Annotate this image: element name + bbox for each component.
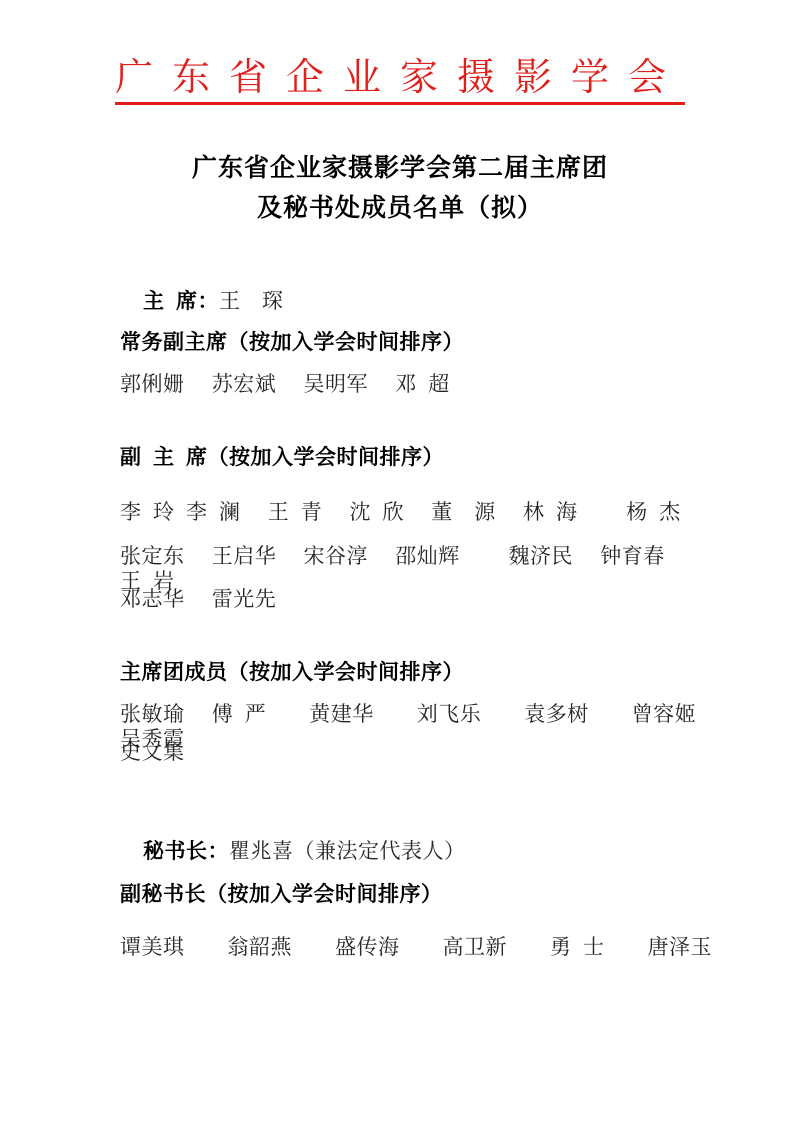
document-title-line2: 及秘书处成员名单（拟） (0, 189, 800, 229)
presidium-members-row2: 史文集 (120, 740, 720, 765)
document-title: 广东省企业家摄影学会第二届主席团 及秘书处成员名单（拟） (0, 149, 800, 229)
chairman-label: 主 席： (143, 289, 219, 313)
deputy-secretary-names: 谭美琪 翁韶燕 盛传海 高卫新 勇 士 唐泽玉 (120, 935, 720, 960)
chairman-name: 王 琛 (219, 289, 284, 313)
chairman-line: 主 席：王 琛 (120, 264, 720, 340)
secretary-line: 秘书长：瞿兆喜（兼法定代表人） (120, 814, 720, 890)
letterhead: 广东省企业家摄影学会 (0, 57, 800, 105)
document-title-line1: 广东省企业家摄影学会第二届主席团 (0, 149, 800, 189)
presidium-members-heading: 主席团成员（按加入学会时间排序） (120, 660, 720, 685)
vice-chair-names-row1: 李 玲 李 澜 王 青 沈 欣 董 源 林 海 杨 杰 (120, 500, 720, 525)
vice-chair-names-row3: 邓志华 雷光先 (120, 587, 720, 612)
vice-chair-heading: 副 主 席（按加入学会时间排序） (120, 445, 720, 470)
secretary-name: 瞿兆喜（兼法定代表人） (229, 839, 466, 863)
exec-vice-chair-names: 郭俐姗 苏宏斌 吴明军 邓 超 (120, 372, 720, 397)
exec-vice-chair-heading: 常务副主席（按加入学会时间排序） (120, 330, 720, 355)
document-page: 广东省企业家摄影学会 广东省企业家摄影学会第二届主席团 及秘书处成员名单（拟） … (0, 0, 800, 1131)
secretary-label: 秘书长： (143, 839, 229, 863)
deputy-secretary-heading: 副秘书长（按加入学会时间排序） (120, 882, 720, 907)
letterhead-title: 广东省企业家摄影学会 (115, 57, 685, 105)
